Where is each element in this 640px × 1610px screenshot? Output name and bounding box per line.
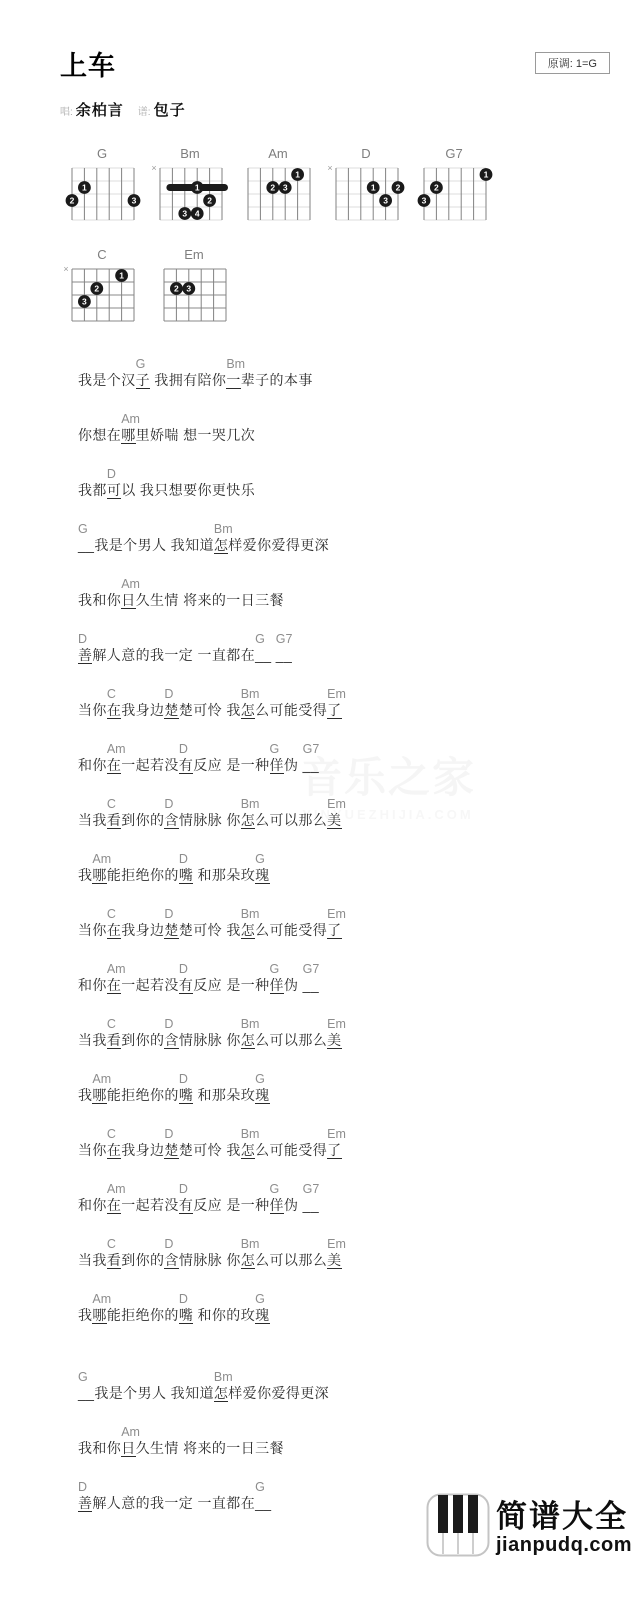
lyric-token: D含 — [164, 1032, 178, 1050]
svg-text:2: 2 — [94, 284, 99, 294]
lyric-text: 善 — [78, 647, 92, 664]
lyric-text: 美 — [327, 1252, 341, 1269]
lyric-text: 情脉脉 你 — [179, 1252, 241, 1268]
chord-label: Am — [121, 577, 140, 591]
svg-text:3: 3 — [422, 196, 427, 206]
lyric-text: 么可能受得 — [255, 922, 327, 938]
chord-label: D — [164, 687, 173, 701]
chord-label: Bm — [241, 907, 260, 921]
lyric-token: D可 — [107, 482, 121, 500]
lyric-text: __ — [303, 977, 319, 993]
lyric-token: 么可能受得 — [255, 1142, 327, 1160]
svg-text:1: 1 — [119, 271, 124, 281]
lyric-token: Bm怎 — [241, 1142, 255, 1160]
lyric-token: Em美 — [327, 1032, 341, 1050]
lyric-token: D含 — [164, 1252, 178, 1270]
lyric-text: 情脉脉 你 — [179, 812, 241, 828]
vocal-name: 余柏言 — [76, 99, 124, 120]
fretboard-grid: 231 — [238, 162, 318, 231]
chord-label: Bm — [241, 1127, 260, 1141]
lyric-token: Em了 — [327, 702, 341, 720]
lyric-text: 和你 — [78, 977, 107, 993]
lyric-token: Bm一 — [226, 372, 240, 390]
lyric-token: 样爱你爱得更深 — [228, 537, 329, 555]
lyric-text: 怎 — [214, 1385, 228, 1402]
lyric-text: 在 — [107, 922, 121, 939]
lyric-text: 楚 — [164, 1142, 178, 1159]
chord-label: Em — [327, 1127, 346, 1141]
lyric-token: 我 — [78, 867, 92, 885]
chord-label: G — [255, 1072, 265, 1086]
lyric-text: 样爱你爱得更深 — [228, 1385, 329, 1401]
chord-label: Bm — [226, 357, 245, 371]
lyric-line: 当我C看到你的D含情脉脉 你Bm怎么可以那么Em美 — [78, 1016, 640, 1049]
lyric-text: 当你 — [78, 1142, 107, 1158]
chord-diagram-bm: Bm×1234 — [150, 146, 230, 231]
lyric-text: 怎 — [241, 1142, 255, 1159]
lyric-text: 楚可怜 我 — [179, 922, 241, 938]
lyric-text: 佯 — [270, 977, 284, 994]
lyric-text: 嘴 — [179, 1087, 193, 1104]
svg-text:×: × — [327, 163, 332, 173]
lyric-token: C在 — [107, 922, 121, 940]
chord-diagram-g7: G7123 — [414, 146, 494, 231]
lyric-token: D含 — [164, 812, 178, 830]
chord-label: C — [107, 907, 116, 921]
lyric-token: G7__ — [303, 1197, 319, 1215]
lyric-text: 了 — [327, 922, 341, 939]
lyric-text: 里娇喘 想一哭几次 — [136, 427, 256, 443]
lyric-text: 了 — [327, 702, 341, 719]
lyric-token: 情脉脉 你 — [179, 1032, 241, 1050]
chord-diagram-name: G — [62, 146, 142, 162]
lyric-line: 我和你Am日久生情 将来的一日三餐 — [78, 576, 640, 609]
lyric-token: 我和你 — [78, 1440, 121, 1458]
lyric-line: 我Am哪能拒绝你的D嘴 和你的玫G瑰 — [78, 1291, 640, 1324]
lyric-token: Am哪 — [92, 867, 106, 885]
lyric-text: 我身边 — [121, 922, 164, 938]
chord-diagram-name: Em — [154, 247, 234, 263]
svg-text:2: 2 — [207, 196, 212, 206]
lyric-token: 伪 — [284, 977, 303, 995]
chord-label: D — [179, 742, 188, 756]
lyric-token: 我都 — [78, 482, 107, 500]
lyric-text: 反应 是一种 — [193, 1197, 269, 1213]
svg-text:2: 2 — [434, 183, 439, 193]
lyric-text: __ — [78, 537, 94, 553]
lyric-token: 和你 — [78, 757, 107, 775]
lyric-token: G子 — [136, 372, 150, 390]
lyric-token: Em美 — [327, 812, 341, 830]
lyric-text: 在 — [107, 1142, 121, 1159]
lyric-line: 和你Am在一起若没D有反应 是一种G佯伪 G7__ — [78, 1181, 640, 1214]
lyric-text: 当我 — [78, 812, 107, 828]
lyric-text: __ — [78, 1385, 94, 1401]
svg-text:1: 1 — [82, 183, 87, 193]
lyric-text: 佯 — [270, 1197, 284, 1214]
lyric-text: 当你 — [78, 702, 107, 718]
lyric-text: 善 — [78, 1495, 92, 1512]
lyric-text: 嘴 — [179, 867, 193, 884]
lyric-text: 能拒绝你的 — [107, 1087, 179, 1103]
lyric-text: 看 — [107, 1252, 121, 1269]
lyric-text: 和那朵玫 — [193, 867, 255, 883]
chord-label: Bm — [241, 1017, 260, 1031]
lyric-token: 么可以那么 — [255, 1032, 327, 1050]
lyric-token: 和你 — [78, 1197, 107, 1215]
lyric-text: 美 — [327, 1032, 341, 1049]
lyric-text: __ — [255, 1495, 271, 1511]
lyric-token: G7__ — [303, 757, 319, 775]
lyric-text: 我和你 — [78, 1440, 121, 1456]
chord-label: D — [164, 797, 173, 811]
fretboard-grid: ×123 — [62, 263, 142, 332]
lyric-token: 我是个男人 我知道 — [94, 1385, 214, 1403]
lyric-text: 哪 — [92, 1087, 106, 1104]
lyric-text: 反应 是一种 — [193, 977, 269, 993]
svg-text:2: 2 — [174, 284, 179, 294]
chord-label: D — [179, 962, 188, 976]
chord-diagram-name: D — [326, 146, 406, 162]
lyric-text: 能拒绝你的 — [107, 867, 179, 883]
lyric-text: 我 — [78, 1307, 92, 1323]
lyric-token: Am在 — [107, 1197, 121, 1215]
chord-diagram-area: G123Bm×1234Am231D×123G7123 C×123Em23 — [62, 146, 640, 332]
lyric-token: Em美 — [327, 1252, 341, 1270]
lyric-token: 楚可怜 我 — [179, 1142, 241, 1160]
svg-text:1: 1 — [195, 183, 200, 193]
lyric-token: 当你 — [78, 702, 107, 720]
svg-text:4: 4 — [195, 209, 200, 219]
chord-label: G — [255, 632, 265, 646]
lyric-token: 当我 — [78, 812, 107, 830]
lyric-text: 反应 是一种 — [193, 757, 269, 773]
lyric-token: 当我 — [78, 1032, 107, 1050]
lyric-token: 反应 是一种 — [193, 1197, 269, 1215]
vocal-label: 唱: — [60, 103, 73, 118]
lyric-text: 久生情 将来的一日三餐 — [136, 592, 284, 608]
lyric-token: 我 — [78, 1307, 92, 1325]
chord-label: C — [107, 1237, 116, 1251]
lyric-token: 么可以那么 — [255, 812, 327, 830]
chord-label: G — [255, 1292, 265, 1306]
lyric-text: 在 — [107, 702, 121, 719]
lyric-text: 到你的 — [121, 812, 164, 828]
lyric-text: 有 — [179, 757, 193, 774]
lyric-text: 一起若没 — [121, 977, 179, 993]
lyric-token: 里娇喘 想一哭几次 — [136, 427, 256, 445]
chord-label: Bm — [241, 687, 260, 701]
lyric-token: 楚可怜 我 — [179, 922, 241, 940]
lyric-token: G__ — [78, 1385, 94, 1403]
lyric-token: Em了 — [327, 1142, 341, 1160]
lyric-token: 和那朵玫 — [193, 867, 255, 885]
lyric-text: 美 — [327, 812, 341, 829]
chord-label: C — [107, 1127, 116, 1141]
lyric-text: 含 — [164, 1252, 178, 1269]
lyric-token: G7__ — [303, 977, 319, 995]
chord-label: D — [107, 467, 116, 481]
lyric-token: 我和你 — [78, 592, 121, 610]
lyric-text: 楚 — [164, 922, 178, 939]
lyric-text: 你想在 — [78, 427, 121, 443]
lyric-token: D嘴 — [179, 1307, 193, 1325]
lyric-token: 和你 — [78, 977, 107, 995]
lyric-token: 到你的 — [121, 1252, 164, 1270]
lyric-token: Bm怎 — [241, 1032, 255, 1050]
lyric-text: __ — [303, 1197, 319, 1213]
chord-label: Em — [327, 797, 346, 811]
original-key-badge: 原调: 1=G — [535, 52, 610, 74]
svg-text:×: × — [63, 264, 68, 274]
chord-label: G — [78, 1370, 88, 1384]
lyric-text: 瑰 — [255, 1307, 269, 1324]
lyric-text: 伪 — [284, 1197, 303, 1213]
lyric-text: 楚可怜 我 — [179, 702, 241, 718]
chord-label: D — [164, 907, 173, 921]
svg-text:1: 1 — [295, 170, 300, 180]
lyric-line: 我都D可以 我只想要你更快乐 — [78, 466, 640, 499]
svg-text:3: 3 — [132, 196, 137, 206]
svg-text:1: 1 — [484, 170, 489, 180]
chord-label: G7 — [276, 632, 293, 646]
chord-label: D — [179, 852, 188, 866]
lyric-line: 当我C看到你的D含情脉脉 你Bm怎么可以那么Em美 — [78, 796, 640, 829]
lyric-token: 一起若没 — [121, 977, 179, 995]
fretboard-grid: 123 — [414, 162, 494, 231]
lyric-token: G佯 — [270, 977, 284, 995]
chord-label: Am — [92, 1292, 111, 1306]
lyric-token: D楚 — [164, 1142, 178, 1160]
lyric-token: G7__ — [276, 647, 292, 665]
lyric-token: 我是个男人 我知道 — [94, 537, 214, 555]
chord-label: G — [270, 1182, 280, 1196]
lyric-text: 哪 — [121, 427, 135, 444]
lyric-token: 久生情 将来的一日三餐 — [136, 1440, 284, 1458]
chord-diagram-d: D×123 — [326, 146, 406, 231]
lyric-token: 解人意的我一定 一直都在 — [92, 1495, 255, 1513]
svg-text:3: 3 — [182, 209, 187, 219]
chord-label: G — [255, 852, 265, 866]
lyric-text: 到你的 — [121, 1252, 164, 1268]
chord-label: Am — [92, 1072, 111, 1086]
svg-text:2: 2 — [396, 183, 401, 193]
lyric-text: 到你的 — [121, 1032, 164, 1048]
lyric-token: D嘴 — [179, 867, 193, 885]
svg-text:1: 1 — [371, 183, 376, 193]
lyric-text: 含 — [164, 1032, 178, 1049]
chord-label: Bm — [241, 797, 260, 811]
chord-diagram-name: Am — [238, 146, 318, 162]
lyric-text: 和你的玫 — [193, 1307, 255, 1323]
lyric-token: D善 — [78, 1495, 92, 1513]
lyric-text: 怎 — [214, 537, 228, 554]
lyric-line: 你想在Am哪里娇喘 想一哭几次 — [78, 411, 640, 444]
lyric-token: 能拒绝你的 — [107, 1307, 179, 1325]
lyric-token: Bm怎 — [214, 537, 228, 555]
lyric-token: D有 — [179, 757, 193, 775]
lyric-line: 当你C在我身边D楚楚可怜 我Bm怎么可能受得Em了 — [78, 906, 640, 939]
lyric-token: Bm怎 — [241, 1252, 255, 1270]
lyric-text: 么可以那么 — [255, 812, 327, 828]
chord-label: G — [270, 962, 280, 976]
lyric-text: 在 — [107, 1197, 121, 1214]
lyric-line: 我Am哪能拒绝你的D嘴 和那朵玫G瑰 — [78, 851, 640, 884]
lyric-token: 我是个汉 — [78, 372, 136, 390]
lyrics: 我是个汉G子 我拥有陪你Bm一辈子的本事你想在Am哪里娇喘 想一哭几次我都D可以… — [78, 356, 640, 1512]
lyric-text: 看 — [107, 812, 121, 829]
lyric-token: C看 — [107, 1252, 121, 1270]
lyric-token: Am哪 — [92, 1087, 106, 1105]
lyric-token: 我 — [78, 1087, 92, 1105]
lyric-text: 有 — [179, 1197, 193, 1214]
chord-diagram-row-1: G123Bm×1234Am231D×123G7123 — [62, 146, 640, 231]
lyric-token: Am哪 — [121, 427, 135, 445]
lyric-text: 情脉脉 你 — [179, 1032, 241, 1048]
lyric-token: 一起若没 — [121, 1197, 179, 1215]
lyric-token: C看 — [107, 1032, 121, 1050]
lyric-token: 以 我只想要你更快乐 — [121, 482, 255, 500]
lyric-token: Am在 — [107, 977, 121, 995]
lyric-token: Em了 — [327, 922, 341, 940]
lyric-token: D楚 — [164, 702, 178, 720]
lyric-token: G瑰 — [255, 867, 269, 885]
lyric-text: 当我 — [78, 1032, 107, 1048]
lyric-line: 当你C在我身边D楚楚可怜 我Bm怎么可能受得Em了 — [78, 1126, 640, 1159]
lyric-token: 情脉脉 你 — [179, 812, 241, 830]
lyric-token: 么可以那么 — [255, 1252, 327, 1270]
chord-label: C — [107, 1017, 116, 1031]
chord-diagram-am: Am231 — [238, 146, 318, 231]
lyric-line: G__我是个男人 我知道Bm怎样爱你爱得更深 — [78, 1369, 640, 1402]
score-label: 谱: — [138, 103, 151, 118]
lyric-text: __ — [276, 647, 292, 663]
lyric-token: Bm怎 — [241, 702, 255, 720]
lyric-token: G__ — [255, 1495, 271, 1513]
lyric-token: G佯 — [270, 1197, 284, 1215]
lyric-text: 和你 — [78, 1197, 107, 1213]
chord-label: D — [78, 1480, 87, 1494]
chord-label: C — [107, 687, 116, 701]
chord-diagram-g: G123 — [62, 146, 142, 231]
lyric-text: 在 — [107, 977, 121, 994]
lyric-text: 怎 — [241, 812, 255, 829]
chord-diagram-name: Bm — [150, 146, 230, 162]
site-domain: jianpudq.com — [496, 1534, 632, 1556]
chord-label: D — [179, 1072, 188, 1086]
lyric-token: 我身边 — [121, 1142, 164, 1160]
lyric-text: 和那朵玫 — [193, 1087, 255, 1103]
lyric-token: D楚 — [164, 922, 178, 940]
chord-diagram-row-2: C×123Em23 — [62, 247, 640, 332]
lyric-line: 和你Am在一起若没D有反应 是一种G佯伪 G7__ — [78, 961, 640, 994]
lyric-token: G瑰 — [255, 1307, 269, 1325]
lyric-token: 伪 — [284, 1197, 303, 1215]
fretboard-grid: ×123 — [326, 162, 406, 231]
lyric-text: 怎 — [241, 702, 255, 719]
lyric-token: 一起若没 — [121, 757, 179, 775]
chord-label: D — [179, 1182, 188, 1196]
lyric-token: 当你 — [78, 1142, 107, 1160]
lyric-text: __ — [255, 647, 271, 663]
lyric-text: 在 — [107, 757, 121, 774]
lyric-text: 当我 — [78, 1252, 107, 1268]
lyric-token: Am日 — [121, 1440, 135, 1458]
lyric-text: 瑰 — [255, 867, 269, 884]
lyric-text: 以 我只想要你更快乐 — [121, 482, 255, 498]
lyric-token: 么可能受得 — [255, 922, 327, 940]
chord-label: Bm — [241, 1237, 260, 1251]
lyric-text: 有 — [179, 977, 193, 994]
lyric-token: 能拒绝你的 — [107, 867, 179, 885]
lyric-token: D有 — [179, 977, 193, 995]
fretboard-grid: ×1234 — [150, 162, 230, 231]
svg-text:2: 2 — [70, 196, 75, 206]
lyric-text: 我是个男人 我知道 — [94, 1385, 214, 1401]
lyric-text: 么可能受得 — [255, 1142, 327, 1158]
lyric-text: 我身边 — [121, 702, 164, 718]
chord-label: Am — [92, 852, 111, 866]
chord-label: Em — [327, 687, 346, 701]
lyric-token: Bm怎 — [241, 922, 255, 940]
lyric-token: 当你 — [78, 922, 107, 940]
lyric-text: 含 — [164, 812, 178, 829]
lyric-token: 我身边 — [121, 702, 164, 720]
lyric-text: 了 — [327, 1142, 341, 1159]
lyric-text: 我和你 — [78, 592, 121, 608]
lyric-text: 日 — [121, 1440, 135, 1457]
lyric-token: 当我 — [78, 1252, 107, 1270]
lyric-line: 我Am哪能拒绝你的D嘴 和那朵玫G瑰 — [78, 1071, 640, 1104]
lyric-text: 能拒绝你的 — [107, 1307, 179, 1323]
lyric-text: 解人意的我一定 一直都在 — [92, 647, 255, 663]
chord-label: Em — [327, 907, 346, 921]
chord-label: Bm — [214, 1370, 233, 1384]
chord-label: Am — [121, 1425, 140, 1439]
chord-label: D — [164, 1127, 173, 1141]
chord-diagram-name: C — [62, 247, 142, 263]
lyric-text: 我身边 — [121, 1142, 164, 1158]
lyric-text: 瑰 — [255, 1087, 269, 1104]
lyric-token: 久生情 将来的一日三餐 — [136, 592, 284, 610]
chord-label: D — [78, 632, 87, 646]
lyric-token: C在 — [107, 702, 121, 720]
lyric-text: 我是个汉 — [78, 372, 136, 388]
lyric-token: Am在 — [107, 757, 121, 775]
svg-text:3: 3 — [383, 196, 388, 206]
lyric-token: D善 — [78, 647, 92, 665]
lyric-token: 楚可怜 我 — [179, 702, 241, 720]
lyric-token: 和那朵玫 — [193, 1087, 255, 1105]
lyric-text: 我 — [78, 1087, 92, 1103]
lyric-token: 到你的 — [121, 1032, 164, 1050]
lyric-text: 怎 — [241, 1032, 255, 1049]
lyric-text: 伪 — [284, 757, 303, 773]
lyric-text: 楚 — [164, 702, 178, 719]
chord-label: G7 — [303, 742, 320, 756]
chord-label: Em — [327, 1237, 346, 1251]
lyric-text: 久生情 将来的一日三餐 — [136, 1440, 284, 1456]
fretboard-grid: 123 — [62, 162, 142, 231]
chord-diagram-c: C×123 — [62, 247, 142, 332]
chord-label: C — [107, 797, 116, 811]
lyric-text: 解人意的我一定 一直都在 — [92, 1495, 255, 1511]
lyric-token: 情脉脉 你 — [179, 1252, 241, 1270]
lyric-text: 辈子的本事 — [241, 372, 313, 388]
lyric-text: 样爱你爱得更深 — [228, 537, 329, 553]
lyric-text: 我都 — [78, 482, 107, 498]
lyric-token: D有 — [179, 1197, 193, 1215]
